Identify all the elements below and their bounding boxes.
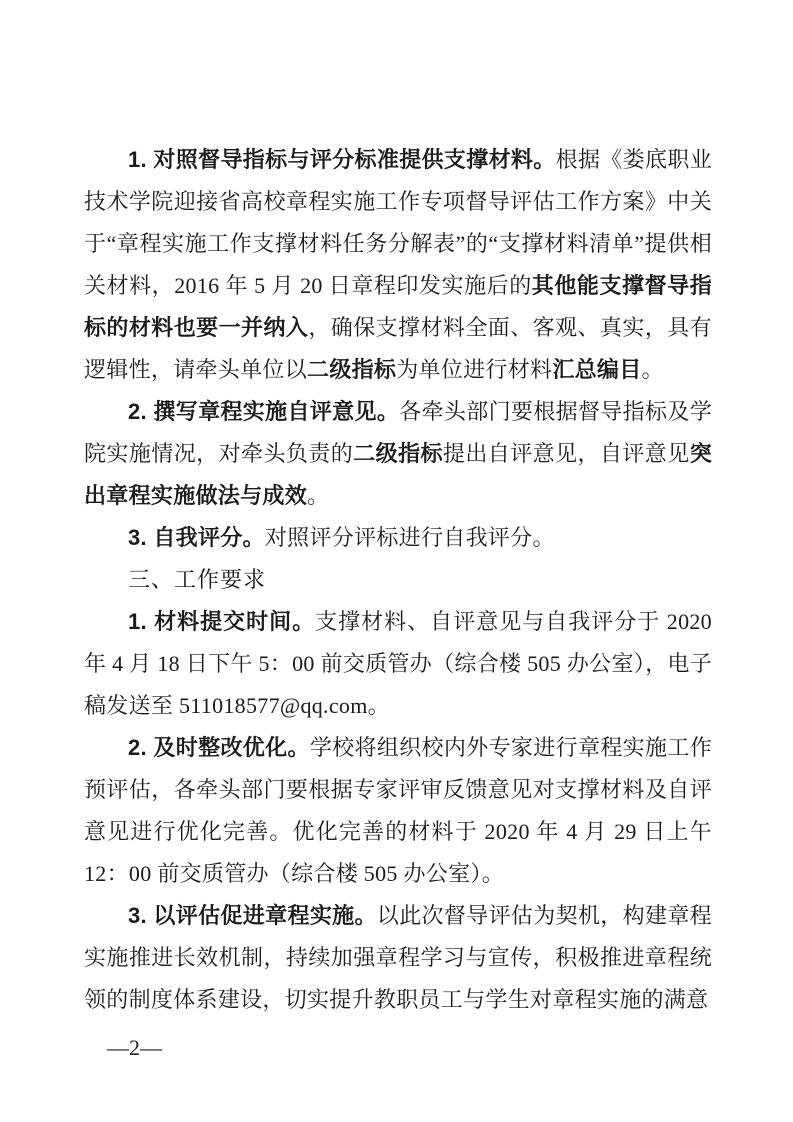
text-run: 提出自评意见，自评意见 <box>443 441 690 466</box>
bold-run: 2. 撰写章程实施自评意见。 <box>128 399 399 424</box>
section-heading-work-requirements: 三、工作要求 <box>84 559 712 601</box>
bold-run: 二级指标 <box>353 441 443 466</box>
bold-run: 1. 材料提交时间。 <box>128 609 315 634</box>
page-number: —2— <box>107 1036 162 1060</box>
bold-run: 2. 及时整改优化。 <box>128 735 310 760</box>
text-run: 。 <box>642 357 664 382</box>
paragraph-submission-time: 1. 材料提交时间。支撑材料、自评意见与自我评分于 2020 年 4 月 18 … <box>84 601 712 727</box>
bold-run: 3. 自我评分。 <box>128 525 265 550</box>
bold-run: 3. 以评估促进章程实施。 <box>128 903 377 928</box>
bold-run: 汇总编目 <box>552 357 641 382</box>
document-body: 1. 对照督导指标与评分标准提供支撑材料。根据《娄底职业技术学院迎接省高校章程实… <box>84 139 712 1021</box>
text-run: 对照评分评标进行自我评分。 <box>265 525 555 550</box>
paragraph-promote-implementation: 3. 以评估促进章程实施。以此次督导评估为契机，构建章程实施推进长效机制，持续加… <box>84 895 712 1021</box>
document-page: 1. 对照督导指标与评分标准提供支撑材料。根据《娄底职业技术学院迎接省高校章程实… <box>0 0 793 1122</box>
paragraph-timely-optimization: 2. 及时整改优化。学校将组织校内外专家进行章程实施工作预评估，各牵头部门要根据… <box>84 727 712 895</box>
paragraph-self-scoring: 3. 自我评分。对照评分评标进行自我评分。 <box>84 517 712 559</box>
text-run: 。 <box>307 483 329 508</box>
paragraph-provide-materials: 1. 对照督导指标与评分标准提供支撑材料。根据《娄底职业技术学院迎接省高校章程实… <box>84 139 712 391</box>
text-run: 为单位进行材料 <box>396 357 552 382</box>
bold-run: 二级指标 <box>307 357 396 382</box>
paragraph-self-evaluation: 2. 撰写章程实施自评意见。各牵头部门要根据督导指标及学院实施情况，对牵头负责的… <box>84 391 712 517</box>
bold-run: 1. 对照督导指标与评分标准提供支撑材料。 <box>128 147 556 172</box>
